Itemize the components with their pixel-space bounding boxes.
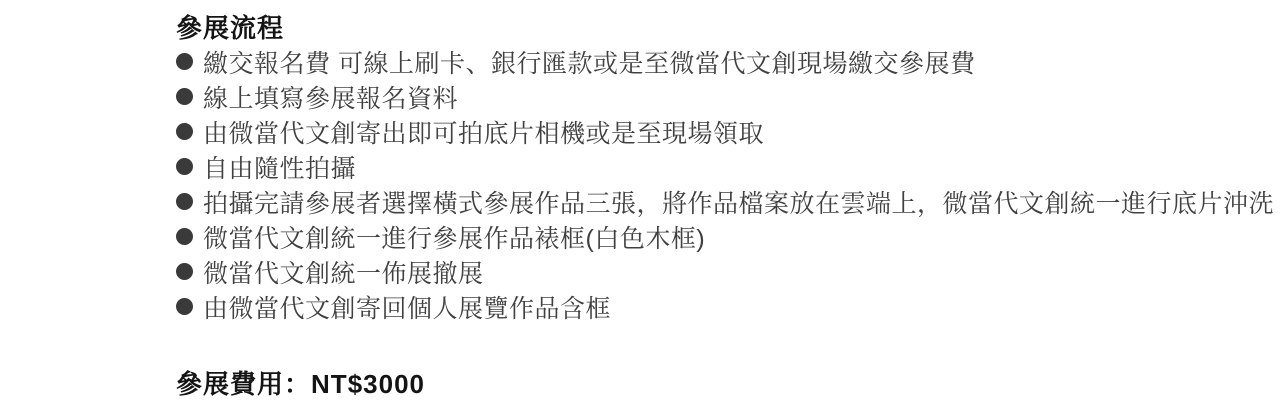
list-item: 微當代文創統一佈展撤展	[176, 254, 1266, 289]
section-title: 參展流程	[176, 12, 1266, 44]
list-item: 自由隨性拍攝	[176, 149, 1266, 184]
fee-line: 參展費用：NT$3000	[176, 367, 1266, 402]
list-item-text: 線上填寫參展報名資料	[203, 79, 458, 115]
bullet-icon	[176, 123, 193, 140]
fee-separator: ：	[284, 369, 311, 399]
fee-value: NT$3000	[311, 369, 425, 399]
list-item-text: 微當代文創統一進行參展作品裱框(白色木框)	[203, 219, 705, 255]
exhibition-info-section: 參展流程 繳交報名費 可線上刷卡、銀行匯款或是至微當代文創現場繳交參展費 線上填…	[176, 12, 1266, 402]
list-item: 由微當代文創寄回個人展覽作品含框	[176, 289, 1266, 324]
bullet-icon	[176, 263, 193, 280]
bullet-icon	[176, 228, 193, 245]
list-item-text: 微當代文創統一佈展撤展	[203, 254, 484, 290]
bullet-icon	[176, 158, 193, 175]
list-item: 微當代文創統一進行參展作品裱框(白色木框)	[176, 219, 1266, 254]
fee-label: 參展費用	[176, 369, 284, 399]
bullet-icon	[176, 193, 193, 210]
list-item: 繳交報名費 可線上刷卡、銀行匯款或是至微當代文創現場繳交參展費	[176, 44, 1266, 79]
list-item-text: 自由隨性拍攝	[203, 149, 356, 185]
list-item: 由微當代文創寄出即可拍底片相機或是至現場領取	[176, 114, 1266, 149]
list-item-text: 拍攝完請參展者選擇橫式參展作品三張，將作品檔案放在雲端上，微當代文創統一進行底片…	[203, 184, 1274, 220]
list-item: 拍攝完請參展者選擇橫式參展作品三張，將作品檔案放在雲端上，微當代文創統一進行底片…	[176, 184, 1266, 219]
list-item-text: 繳交報名費 可線上刷卡、銀行匯款或是至微當代文創現場繳交參展費	[203, 44, 975, 80]
list-item: 線上填寫參展報名資料	[176, 79, 1266, 114]
bullet-icon	[176, 298, 193, 315]
bullet-icon	[176, 88, 193, 105]
process-list: 繳交報名費 可線上刷卡、銀行匯款或是至微當代文創現場繳交參展費 線上填寫參展報名…	[176, 44, 1266, 324]
bullet-icon	[176, 53, 193, 70]
list-item-text: 由微當代文創寄出即可拍底片相機或是至現場領取	[203, 114, 764, 150]
list-item-text: 由微當代文創寄回個人展覽作品含框	[203, 289, 611, 325]
